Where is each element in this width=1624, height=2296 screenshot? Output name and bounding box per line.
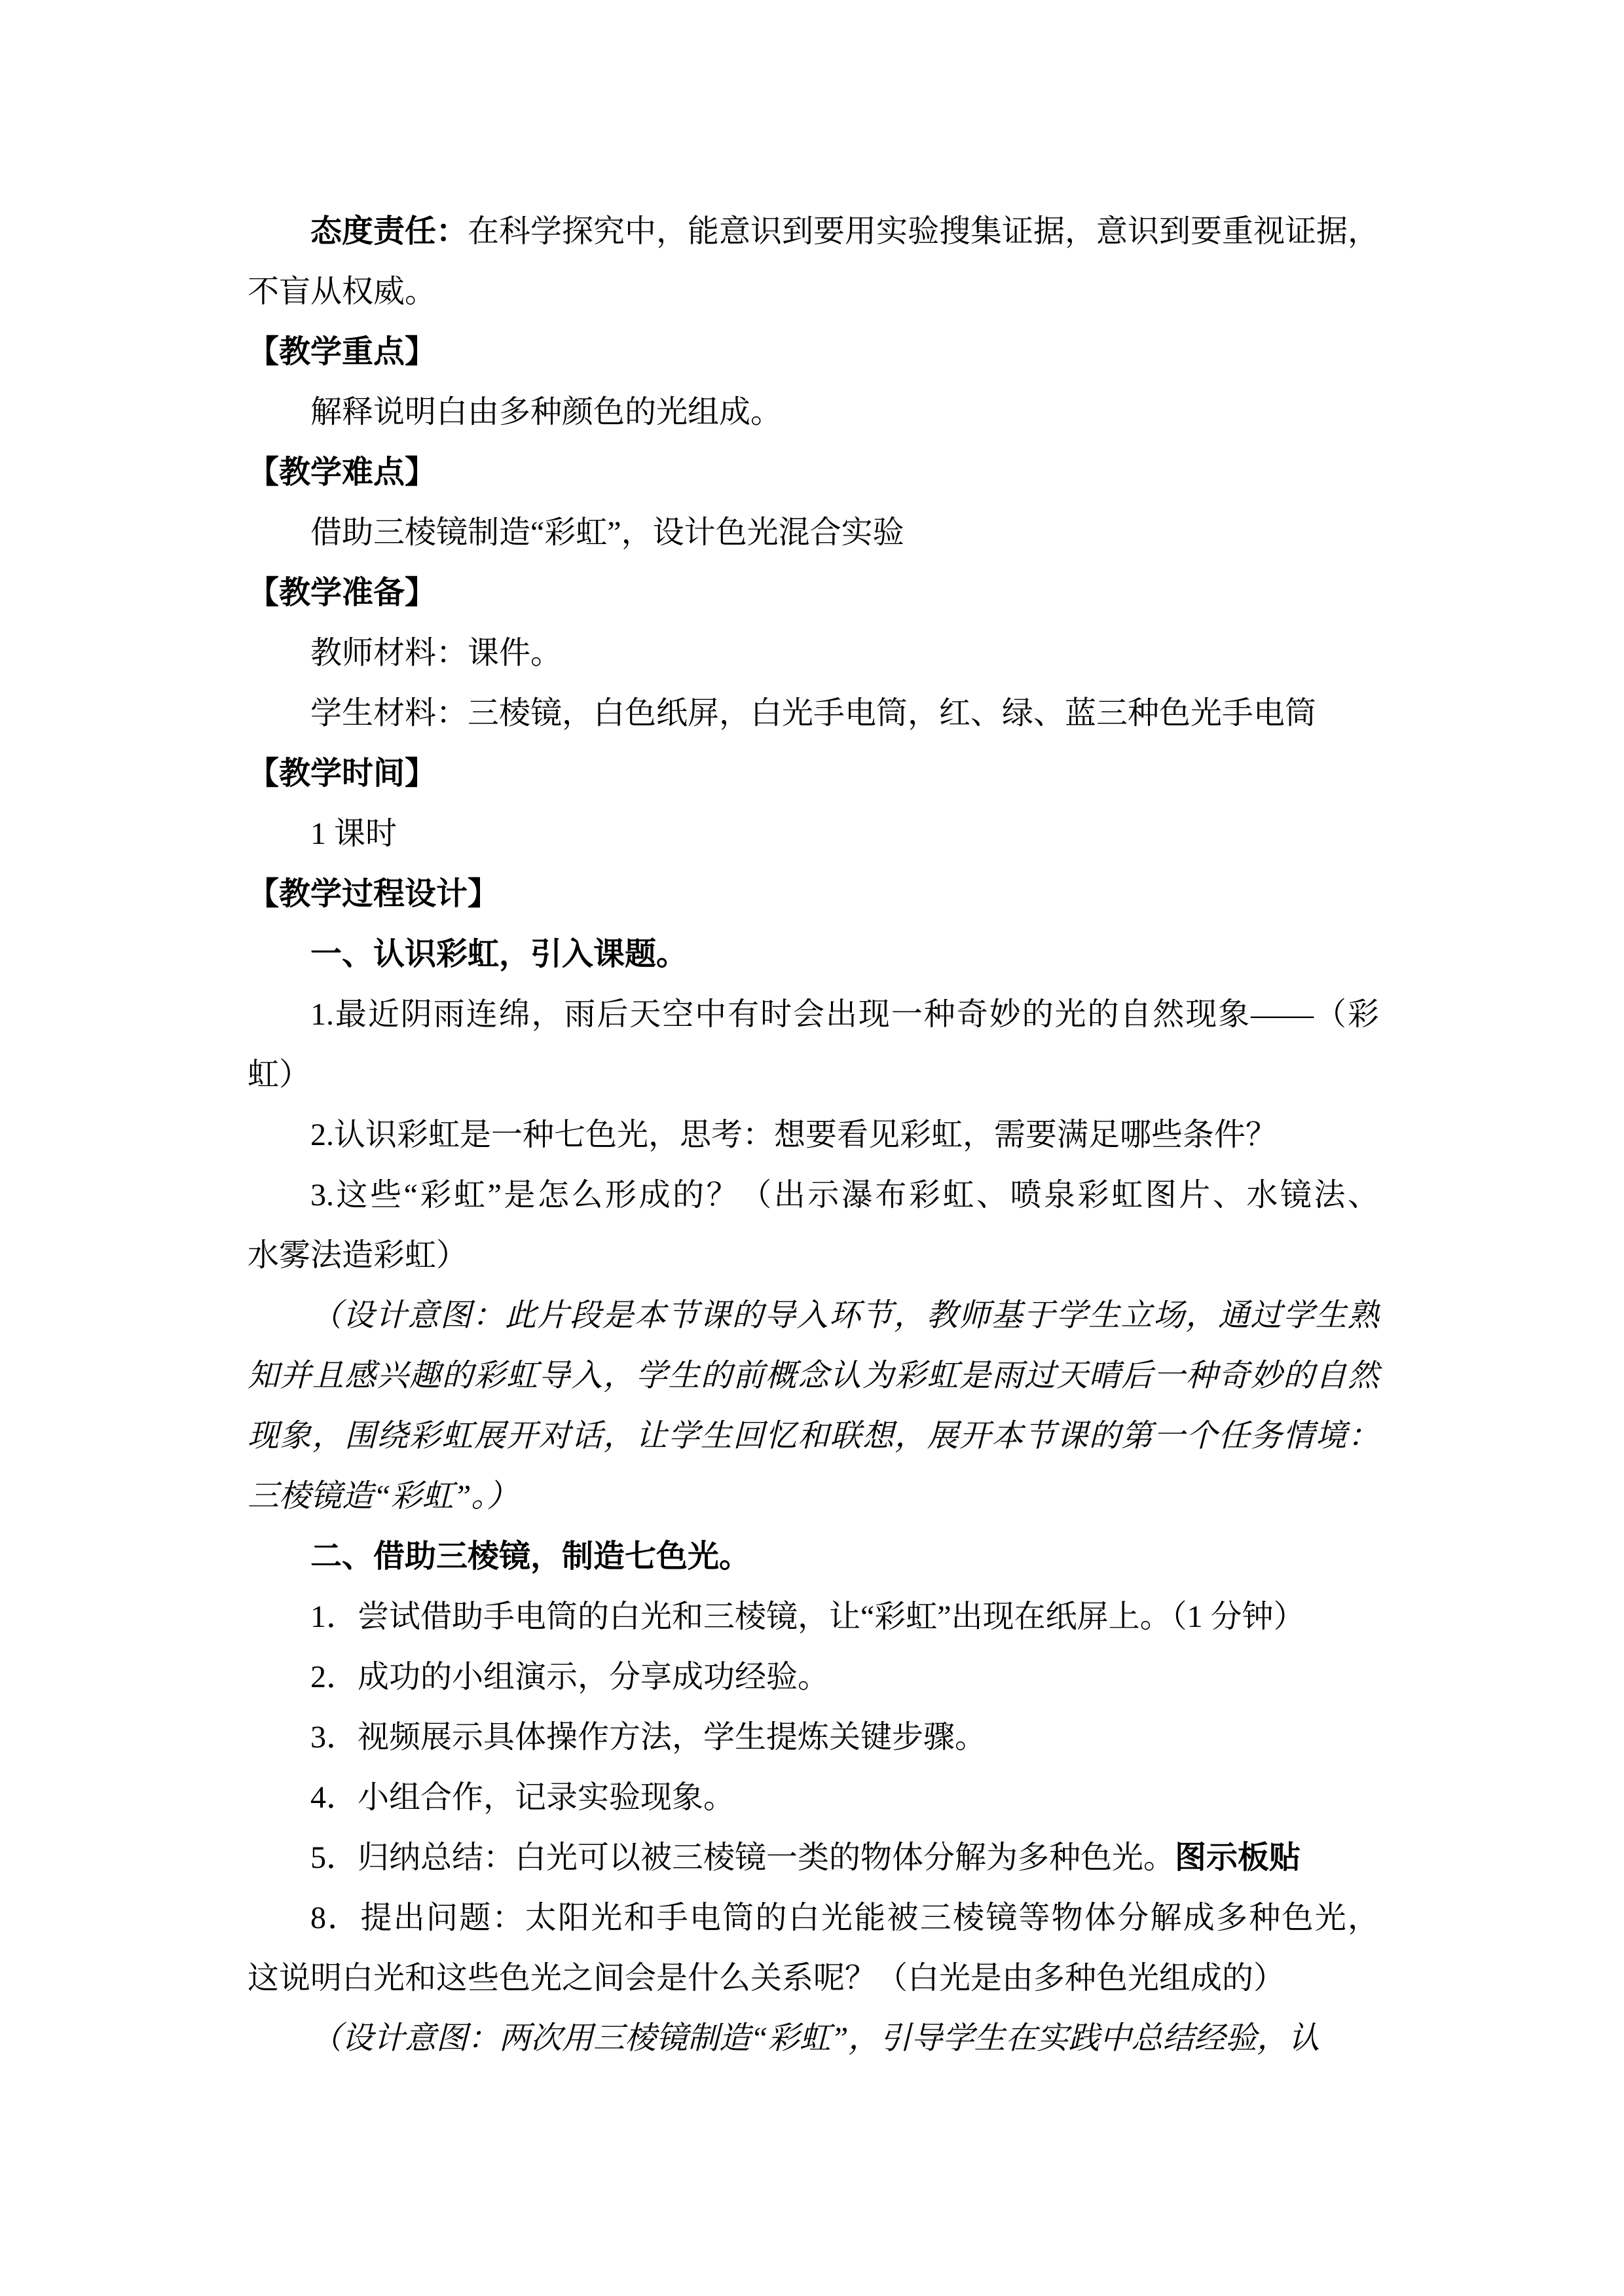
text-run: 3.这些“彩虹”是怎么形成的？（出示瀑布彩虹、喷泉彩虹图片、水镜法、 — [310, 1178, 1379, 1212]
text-run: 不盲从权威。 — [248, 274, 436, 309]
text-run: 三棱镜造“彩虹”。） — [248, 1479, 518, 1514]
bold-text-run: 【教学难点】 — [248, 455, 436, 490]
para-2-item-1: 1．尝试借助手电筒的白光和三棱镜，让“彩虹”出现在纸屏上。（1 分钟） — [248, 1587, 1379, 1647]
bold-text-run: 二、借助三棱镜，制造七色光。 — [310, 1539, 750, 1574]
text-run: 3．视频展示具体操作方法，学生提炼关键步骤。 — [310, 1720, 986, 1755]
text-run: 2．成功的小组演示，分享成功经验。 — [310, 1660, 829, 1694]
text-run: 现象，围绕彩虹展开对话，让学生回忆和联想，展开本节课的第一个任务情境： — [248, 1419, 1379, 1453]
para-2-design-intent: （设计意图：两次用三棱镜制造“彩虹”，引导学生在实践中总结经验，认 — [248, 2009, 1379, 2069]
para-teaching-time-line-1: 1 课时 — [248, 804, 1379, 864]
para-1-item-1-line-1: 1.最近阴雨连绵，雨后天空中有时会出现一种奇妙的光的自然现象——（彩 — [248, 985, 1379, 1045]
bold-text-run: 【教学时间】 — [248, 756, 436, 791]
document-page: 态度责任：在科学探究中，能意识到要用实验搜集证据，意识到要重视证据，不盲从权威。… — [0, 0, 1624, 2296]
para-1-design-intent: （设计意图：此片段是本节课的导入环节，教师基于学生立场，通过学生熟知并且感兴趣的… — [248, 1286, 1379, 1527]
para-1-item-2: 2.认识彩虹是一种七色光，思考：想要看见彩虹，需要满足哪些条件？ — [248, 1105, 1379, 1165]
para-1-item-3: 3.这些“彩虹”是怎么形成的？（出示瀑布彩虹、喷泉彩虹图片、水镜法、水雾法造彩虹… — [248, 1165, 1379, 1286]
heading-teaching-key-points-line-1: 【教学重点】 — [248, 322, 1379, 382]
heading-teaching-preparation-line-1: 【教学准备】 — [248, 563, 1379, 623]
para-student-materials: 学生材料：三棱镜，白色纸屏，白光手电筒，红、绿、蓝三种色光手电筒 — [248, 683, 1379, 744]
section-1-title: 一、认识彩虹，引入课题。 — [248, 924, 1379, 985]
bold-text-run: 【教学准备】 — [248, 575, 436, 610]
para-2-item-4: 4．小组合作，记录实验现象。 — [248, 1768, 1379, 1828]
bold-text-run: 图示板贴 — [1175, 1840, 1301, 1875]
text-run: （设计意图：此片段是本节课的导入环节，教师基于学生立场，通过学生熟 — [310, 1298, 1379, 1333]
para-2-item-8-line-1: 8．提出问题：太阳光和手电筒的白光能被三棱镜等物体分解成多种色光， — [248, 1888, 1379, 1948]
para-1-design-intent-line-2: 知并且感兴趣的彩虹导入，学生的前概念认为彩虹是雨过天晴后一种奇妙的自然 — [248, 1346, 1379, 1406]
text-run: 5．归纳总结：白光可以被三棱镜一类的物体分解为多种色光。 — [310, 1840, 1175, 1875]
bold-text-run: 态度责任： — [310, 214, 468, 249]
heading-teaching-preparation: 【教学准备】 — [248, 563, 1379, 623]
section-1-title-line-1: 一、认识彩虹，引入课题。 — [248, 924, 1379, 985]
para-2-item-4-line-1: 4．小组合作，记录实验现象。 — [248, 1768, 1379, 1828]
para-2-item-5-line-1: 5．归纳总结：白光可以被三棱镜一类的物体分解为多种色光。图示板贴 — [248, 1828, 1379, 1888]
para-1-item-3-line-2: 水雾法造彩虹） — [248, 1226, 1379, 1286]
text-run: 解释说明白由多种颜色的光组成。 — [310, 395, 782, 429]
para-2-item-3: 3．视频展示具体操作方法，学生提炼关键步骤。 — [248, 1707, 1379, 1768]
para-2-design-intent-line-1: （设计意图：两次用三棱镜制造“彩虹”，引导学生在实践中总结经验，认 — [248, 2009, 1379, 2069]
para-2-item-8-line-2: 这说明白光和这些色光之间会是什么关系呢？（白光是由多种色光组成的） — [248, 1948, 1379, 2009]
bold-text-run: 【教学重点】 — [248, 335, 436, 369]
text-run: 2.认识彩虹是一种七色光，思考：想要看见彩虹，需要满足哪些条件？ — [310, 1118, 1277, 1152]
para-2-item-2-line-1: 2．成功的小组演示，分享成功经验。 — [248, 1647, 1379, 1707]
heading-teaching-difficulties: 【教学难点】 — [248, 443, 1379, 503]
heading-teaching-process-design: 【教学过程设计】 — [248, 864, 1379, 924]
bold-text-run: 【教学过程设计】 — [248, 877, 499, 911]
heading-teaching-difficulties-line-1: 【教学难点】 — [248, 443, 1379, 503]
text-run: （设计意图：两次用三棱镜制造“彩虹”，引导学生在实践中总结经验，认 — [310, 2021, 1319, 2056]
text-run: 1．尝试借助手电筒的白光和三棱镜，让“彩虹”出现在纸屏上。（1 分钟） — [310, 1599, 1305, 1634]
text-run: 1 课时 — [310, 816, 397, 851]
text-run: 知并且感兴趣的彩虹导入，学生的前概念认为彩虹是雨过天晴后一种奇妙的自然 — [248, 1358, 1379, 1393]
para-teaching-key-points-line-1: 解释说明白由多种颜色的光组成。 — [248, 382, 1379, 443]
heading-teaching-process-design-line-1: 【教学过程设计】 — [248, 864, 1379, 924]
para-2-item-2: 2．成功的小组演示，分享成功经验。 — [248, 1647, 1379, 1707]
para-1-design-intent-line-1: （设计意图：此片段是本节课的导入环节，教师基于学生立场，通过学生熟 — [248, 1286, 1379, 1346]
heading-teaching-time-line-1: 【教学时间】 — [248, 744, 1379, 804]
text-run: 这说明白光和这些色光之间会是什么关系呢？（白光是由多种色光组成的） — [248, 1961, 1285, 1995]
para-teacher-materials-line-1: 教师材料：课件。 — [248, 623, 1379, 683]
para-teaching-key-points: 解释说明白由多种颜色的光组成。 — [248, 382, 1379, 443]
text-run: 1.最近阴雨连绵，雨后天空中有时会出现一种奇妙的光的自然现象——（彩 — [310, 997, 1379, 1032]
para-attitude-responsibility: 态度责任：在科学探究中，能意识到要用实验搜集证据，意识到要重视证据，不盲从权威。 — [248, 202, 1379, 322]
text-run: 借助三棱镜制造“彩虹”，设计色光混合实验 — [310, 515, 904, 550]
para-1-item-1: 1.最近阴雨连绵，雨后天空中有时会出现一种奇妙的光的自然现象——（彩虹） — [248, 985, 1379, 1105]
para-1-item-1-line-2: 虹） — [248, 1045, 1379, 1105]
text-run: 在科学探究中，能意识到要用实验搜集证据，意识到要重视证据， — [468, 214, 1379, 249]
para-2-item-3-line-1: 3．视频展示具体操作方法，学生提炼关键步骤。 — [248, 1707, 1379, 1768]
text-run: 水雾法造彩虹） — [248, 1238, 468, 1273]
text-run: 4．小组合作，记录实验现象。 — [310, 1780, 735, 1815]
para-student-materials-line-1: 学生材料：三棱镜，白色纸屏，白光手电筒，红、绿、蓝三种色光手电筒 — [248, 683, 1379, 744]
para-teaching-difficulties-line-1: 借助三棱镜制造“彩虹”，设计色光混合实验 — [248, 503, 1379, 563]
heading-teaching-time: 【教学时间】 — [248, 744, 1379, 804]
para-1-item-2-line-1: 2.认识彩虹是一种七色光，思考：想要看见彩虹，需要满足哪些条件？ — [248, 1105, 1379, 1165]
section-2-title: 二、借助三棱镜，制造七色光。 — [248, 1527, 1379, 1587]
section-2-title-line-1: 二、借助三棱镜，制造七色光。 — [248, 1527, 1379, 1587]
para-2-item-8: 8．提出问题：太阳光和手电筒的白光能被三棱镜等物体分解成多种色光，这说明白光和这… — [248, 1888, 1379, 2009]
para-2-item-1-line-1: 1．尝试借助手电筒的白光和三棱镜，让“彩虹”出现在纸屏上。（1 分钟） — [248, 1587, 1379, 1647]
para-1-design-intent-line-3: 现象，围绕彩虹展开对话，让学生回忆和联想，展开本节课的第一个任务情境： — [248, 1406, 1379, 1467]
para-attitude-responsibility-line-2: 不盲从权威。 — [248, 262, 1379, 322]
para-1-design-intent-line-4: 三棱镜造“彩虹”。） — [248, 1467, 1379, 1527]
text-run: 8．提出问题：太阳光和手电筒的白光能被三棱镜等物体分解成多种色光， — [310, 1901, 1379, 1935]
para-teaching-time: 1 课时 — [248, 804, 1379, 864]
para-teaching-difficulties: 借助三棱镜制造“彩虹”，设计色光混合实验 — [248, 503, 1379, 563]
para-attitude-responsibility-line-1: 态度责任：在科学探究中，能意识到要用实验搜集证据，意识到要重视证据， — [248, 202, 1379, 262]
heading-teaching-key-points: 【教学重点】 — [248, 322, 1379, 382]
para-1-item-3-line-1: 3.这些“彩虹”是怎么形成的？（出示瀑布彩虹、喷泉彩虹图片、水镜法、 — [248, 1165, 1379, 1226]
para-2-item-5: 5．归纳总结：白光可以被三棱镜一类的物体分解为多种色光。图示板贴 — [248, 1828, 1379, 1888]
text-run: 教师材料：课件。 — [310, 636, 562, 670]
para-teacher-materials: 教师材料：课件。 — [248, 623, 1379, 683]
bold-text-run: 一、认识彩虹，引入课题。 — [310, 937, 688, 972]
document-body: 态度责任：在科学探究中，能意识到要用实验搜集证据，意识到要重视证据，不盲从权威。… — [248, 202, 1379, 2069]
text-run: 虹） — [248, 1057, 310, 1092]
text-run: 学生材料：三棱镜，白色纸屏，白光手电筒，红、绿、蓝三种色光手电筒 — [310, 696, 1316, 731]
